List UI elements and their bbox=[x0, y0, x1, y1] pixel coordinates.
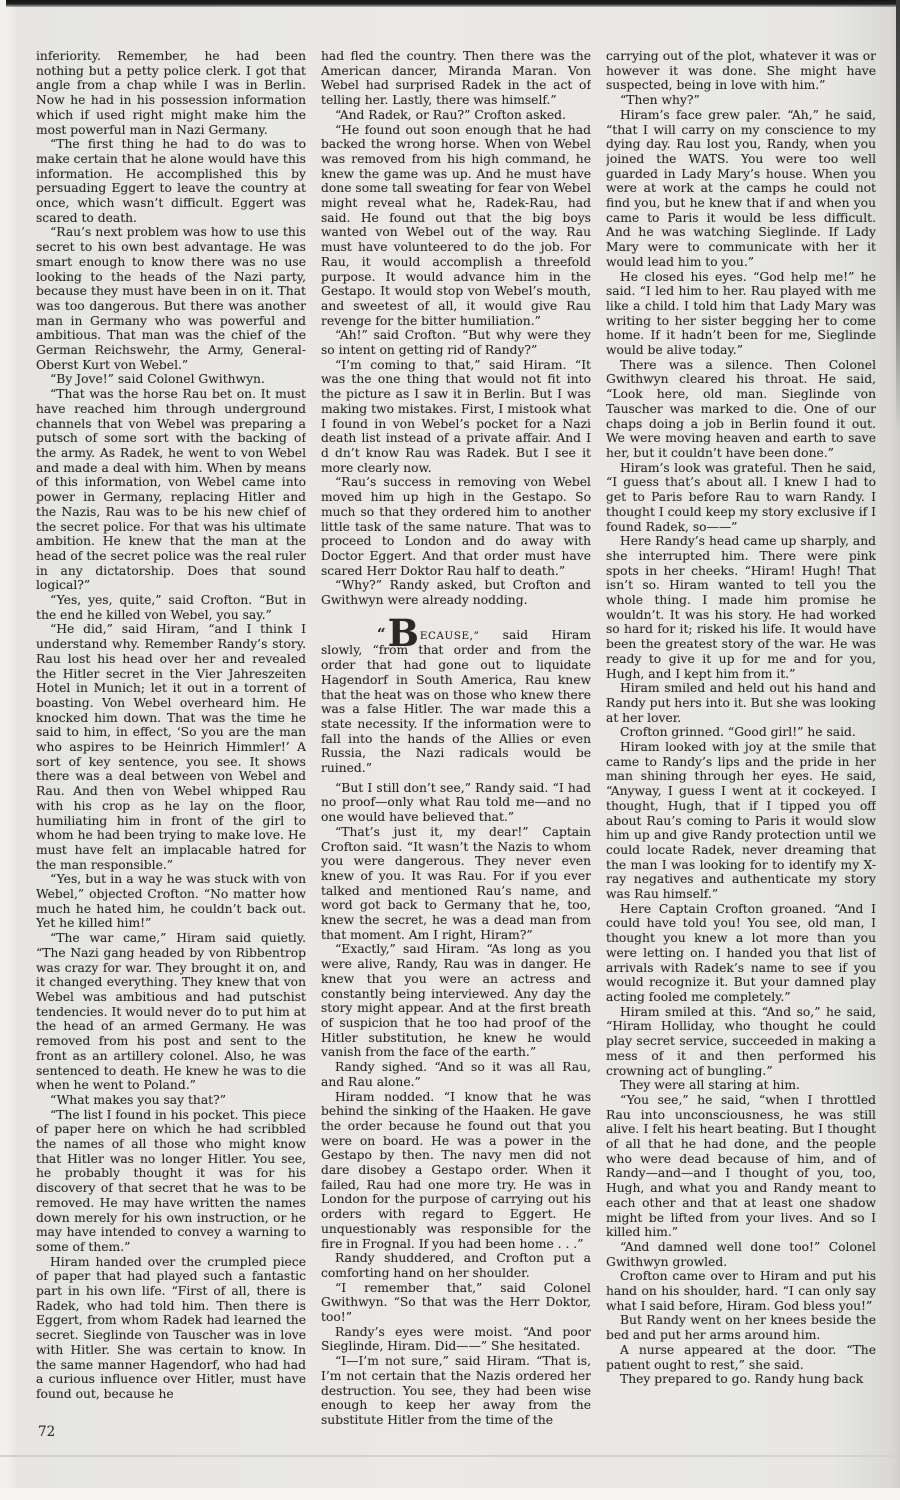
dropcap-open-quote: “ bbox=[377, 625, 387, 643]
paragraph: “I’m coming to that,” said Hiram. “It wa… bbox=[321, 358, 591, 476]
paragraph: They were all staring at him. bbox=[606, 1078, 876, 1093]
paragraph: “He did,” said Hiram, “and I think I und… bbox=[36, 622, 306, 872]
scan-edge-artifact-right bbox=[896, 0, 900, 430]
paragraph: Randy’s eyes were moist. “And poor Siegl… bbox=[321, 1325, 591, 1354]
paragraph: Hiram smiled at this. “And so,” he said,… bbox=[606, 1005, 876, 1079]
paragraph: But Randy went on her knees beside the b… bbox=[606, 1313, 876, 1342]
paragraph: “That’s just it, my dear!” Captain Croft… bbox=[321, 825, 591, 943]
scan-page-edge-line bbox=[0, 1455, 900, 1457]
paragraph: A nurse appeared at the door. “The patıe… bbox=[606, 1343, 876, 1372]
paragraph: “And Radek, or Rau?” Crofton asked. bbox=[321, 108, 591, 123]
paragraph: “The first thing he had to do was to mak… bbox=[36, 137, 306, 225]
paragraph: “I remember that,” said Colonel Gwithwyn… bbox=[321, 1281, 591, 1325]
paragraph: He closed his eyes. “God help me!” he sa… bbox=[606, 270, 876, 358]
paragraph: Randy sighed. “And so it was all Rau, an… bbox=[321, 1060, 591, 1089]
paragraph: Hiram looked with joy at the smile that … bbox=[606, 740, 876, 902]
dropcap-letter: B bbox=[387, 611, 420, 655]
paragraph: “By Jove!” said Colonel Gwithwyn. bbox=[36, 372, 306, 387]
paragraph: Here Captain Crofton groaned. “And I cou… bbox=[606, 902, 876, 1005]
paragraph: “Rau’s success in removing von Webel mov… bbox=[321, 475, 591, 578]
paragraph: Crofton grinned. “Good girl!” he said. bbox=[606, 725, 876, 740]
paragraph: “He found out soon enough that he had ba… bbox=[321, 123, 591, 329]
paragraph: “That was the horse Rau bet on. It must … bbox=[36, 387, 306, 593]
paragraph: There was a silence. Then Colonel Gwithw… bbox=[606, 358, 876, 461]
paragraph: They prepared to go. Randy hung back bbox=[606, 1372, 876, 1387]
paragraph: “Yes, yes, quite,” said Crofton. “But in… bbox=[36, 593, 306, 622]
paragraph: Hiram smiled and held out his hand and R… bbox=[606, 681, 876, 725]
dropcap-smallcaps: ECAUSE,” bbox=[420, 630, 479, 642]
paragraph: “I—I’m not sure,” said Hiram. “That is, … bbox=[321, 1354, 591, 1428]
text-column-2: had fled the country. Then there was the… bbox=[321, 49, 591, 1451]
paragraph: “BECAUSE,” said Hiram slowly, “from that… bbox=[321, 627, 591, 776]
page-number: 72 bbox=[38, 1424, 55, 1440]
paragraph: “What makes you say that?” bbox=[36, 1093, 306, 1108]
scan-edge-artifact-bottom bbox=[0, 1488, 900, 1500]
paragraph: had fled the country. Then there was the… bbox=[321, 49, 591, 108]
paragraph: Hiram’s look was grateful. Then he said,… bbox=[606, 461, 876, 535]
paragraph: “Rau’s next problem was how to use this … bbox=[36, 225, 306, 372]
text-column-1: inferiority. Remember, he had been nothi… bbox=[36, 49, 306, 1451]
text-column-3: carrying out of the plot, whatever it wa… bbox=[606, 49, 876, 1451]
paragraph: Hiram’s face grew paler. “Ah,” he said, … bbox=[606, 108, 876, 270]
paragraph: “The war came,” Hiram said quietly. “The… bbox=[36, 931, 306, 1093]
paragraph: “The list I found in his pocket. This pi… bbox=[36, 1108, 306, 1255]
paragraph: carrying out of the plot, whatever it wa… bbox=[606, 49, 876, 93]
scan-edge-artifact-top bbox=[6, 0, 900, 7]
paragraph: “Ah!” said Crofton. “But why were they s… bbox=[321, 328, 591, 357]
paragraph: “Exactly,” saıd Hiram. “As long as you w… bbox=[321, 942, 591, 1060]
paragraph: Hiram handed over the crumpled piece of … bbox=[36, 1255, 306, 1402]
paragraph: “Why?” Randy asked, but Crofton and Gwit… bbox=[321, 578, 591, 607]
text-columns: inferiority. Remember, he had been nothi… bbox=[36, 49, 876, 1451]
paragraph: “You see,” he said, “when I throttled Ra… bbox=[606, 1093, 876, 1240]
paragraph: “But I still don’t see,” Randy said. “I … bbox=[321, 781, 591, 825]
paragraph: inferiority. Remember, he had been nothi… bbox=[36, 49, 306, 137]
paragraph: Hiram nodded. “I know that he was behind… bbox=[321, 1090, 591, 1252]
paragraph: “And damned well done too!” Colonel Gwit… bbox=[606, 1240, 876, 1269]
paragraph: Crofton came over to Hiram and put his h… bbox=[606, 1269, 876, 1313]
paragraph: “Yes, but in a way he was stuck with von… bbox=[36, 872, 306, 931]
paragraph: Here Randy’s head came up sharply, and s… bbox=[606, 534, 876, 681]
scanned-book-page: inferiority. Remember, he had been nothi… bbox=[0, 0, 900, 1500]
paragraph: “Then why?” bbox=[606, 93, 876, 108]
paragraph: Randy shuddered, and Crofton put a comfo… bbox=[321, 1251, 591, 1280]
